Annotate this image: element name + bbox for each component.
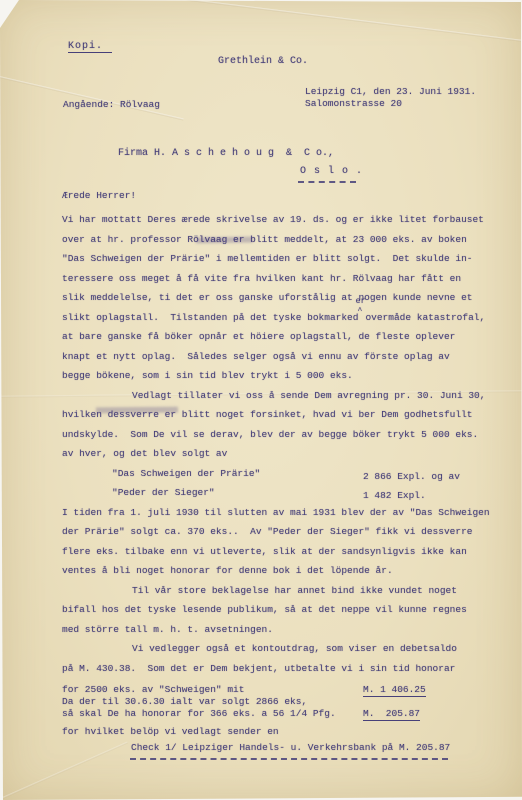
body-line: der Prärie" solgt ca. 370 eks.. Av "Pede… <box>62 522 504 542</box>
body-line: ventes å bli noget honorar for denne bok… <box>62 561 504 581</box>
line-text: ventes å bli noget honorar for denne bok… <box>62 565 393 576</box>
body-line: "Das Schweigen der Prärie"2 866 Expl. og… <box>62 464 504 484</box>
recipient-city: O s l o . <box>300 166 363 178</box>
letter-paper: Kopi. Grethlein & Co. Leipzig C1, den 23… <box>0 0 522 800</box>
body-line: flere eks. tilbake enn vi utleverte, sli… <box>62 542 504 562</box>
body-line: over at hr. professor Rölvaag er blitt m… <box>62 230 504 250</box>
body-line: hvilken dessverre er blitt noget forsink… <box>62 405 504 425</box>
line-text: knapt et nytt oplag. Således selger også… <box>62 351 450 362</box>
paper-crease <box>0 74 184 121</box>
line-text: av hver, og det blev solgt av <box>62 448 227 459</box>
line-text: så skal De ha honorar for 366 eks. a 56 … <box>62 708 336 719</box>
city-dashed-underline <box>298 181 356 183</box>
letter-body: Vi har mottatt Deres ærede skrivelse av … <box>62 210 504 678</box>
line-text: Vi har mottatt Deres ærede skrivelse av … <box>62 214 484 225</box>
body-line: på M. 430.38. Som det er Dem bekjent, ut… <box>62 659 504 679</box>
line-text: at bare ganske få böker opnår et höiere … <box>62 331 455 342</box>
paper-crease <box>129 0 522 42</box>
body-line: I tiden fra 1. juli 1930 til slutten av … <box>62 503 504 523</box>
check-line: Check 1/ Leipziger Handels- u. Verkehrsb… <box>131 742 450 753</box>
settlement-block: for 2500 eks. av "Schweigen" mitM. 1 406… <box>62 684 504 738</box>
body-line: for hvilket belöp vi vedlagt sender en <box>62 726 504 738</box>
line-text: Vedlagt tillater vi oss å sende Dem avre… <box>132 390 485 401</box>
line-text: "Das Schweigen der Prärie" <box>112 468 260 479</box>
body-line: "Peder der Sieger"1 482 Expl. <box>62 483 504 503</box>
dashed-rule <box>130 758 448 760</box>
body-line: at bare ganske få böker opnår et höiere … <box>62 327 504 347</box>
line-text: Til vår store beklagelse har annet bind … <box>132 585 457 596</box>
line-text: Da der til 30.6.30 ialt var solgt 2866 e… <box>62 696 307 707</box>
line-text: for hvilket belöp vi vedlagt sender en <box>62 726 279 737</box>
body-line: slikt oplagstall. Tilstanden på det tysk… <box>62 308 504 328</box>
body-line: av hver, og det blev solgt av <box>62 444 504 464</box>
line-text: Vi vedlegger også et kontoutdrag, som vi… <box>132 643 457 654</box>
amount-value: M. 205.87 <box>363 708 420 721</box>
body-line: så skal De ha honorar for 366 eks. a 56 … <box>62 708 504 720</box>
line-text: teressere oss meget å få vite fra hvilke… <box>62 273 461 284</box>
body-line: slik meddelelse, ti det er oss ganske uf… <box>62 288 504 308</box>
body-line: med större tall m. h. t. avsetningen. <box>62 620 504 640</box>
line-text: for 2500 eks. av "Schweigen" mit <box>62 684 244 695</box>
body-line: knapt et nytt oplag. Således selger også… <box>62 347 504 367</box>
body-line: teressere oss meget å få vite fra hvilke… <box>62 269 504 289</box>
body-line: Da der til 30.6.30 ialt var solgt 2866 e… <box>62 696 504 708</box>
line-text: begge bökene, som i sin tid blev trykt i… <box>62 370 353 381</box>
company-name: Grethlein & Co. <box>218 56 308 68</box>
line-text: med större tall m. h. t. avsetningen. <box>62 624 273 635</box>
body-line: "Das Schweigen der Prärie" i mellemtiden… <box>62 249 504 269</box>
salutation: Ærede Herrer! <box>62 190 136 202</box>
line-text: "Peder der Sieger" <box>112 487 215 498</box>
body-line: Vedlagt tillater vi oss å sende Dem avre… <box>62 386 504 406</box>
body-line: undskylde. Som De vil se derav, blev der… <box>62 425 504 445</box>
line-text: slikt oplagstall. Tilstanden på det tysk… <box>62 312 358 323</box>
line-text: overmåde katastrofal, <box>365 312 485 323</box>
line-text: der Prärie" solgt ca. 370 eks.. Av "Pede… <box>62 526 472 537</box>
line-text: flere eks. tilbake enn vi utleverte, sli… <box>62 546 467 557</box>
body-line: for 2500 eks. av "Schweigen" mitM. 1 406… <box>62 684 504 696</box>
line-text: "Das Schweigen der Prärie" i mellemtiden… <box>62 253 472 264</box>
recipient-name: Firma H. A s c h e h o u g & C o., <box>118 148 334 160</box>
body-line: Vi vedlegger også et kontoutdrag, som vi… <box>62 639 504 659</box>
copy-label: Kopi. <box>68 41 112 53</box>
line-text: på M. 430.38. Som det er Dem bekjent, ut… <box>62 663 455 674</box>
photo-background: Kopi. Grethlein & Co. Leipzig C1, den 23… <box>0 0 522 800</box>
body-line: bifall hos det tyske lesende publikum, s… <box>62 600 504 620</box>
paper-crease <box>0 742 128 800</box>
body-line: begge bökene, som i sin tid blev trykt i… <box>62 366 504 386</box>
address-line: Salomonstrasse 20 <box>305 98 402 110</box>
body-line: Vi har mottatt Deres ærede skrivelse av … <box>62 210 504 230</box>
body-line: Til vår store beklagelse har annet bind … <box>62 581 504 601</box>
line-text: over at hr. professor Rölvaag er blitt m… <box>62 234 467 245</box>
line-text: hvilken dessverre er blitt noget forsink… <box>62 409 472 420</box>
line-text: I tiden fra 1. juli 1930 til slutten av … <box>62 507 490 518</box>
line-text: bifall hos det tyske lesende publikum, s… <box>62 604 467 615</box>
regarding-line: Angående: Rölvaag <box>63 99 160 111</box>
line-text: undskylde. Som De vil se derav, blev der… <box>62 429 478 440</box>
place-date: Leipzig C1, den 23. Juni 1931. <box>305 86 476 98</box>
line-text: slik meddelelse, ti det er oss ganske uf… <box>62 292 472 303</box>
